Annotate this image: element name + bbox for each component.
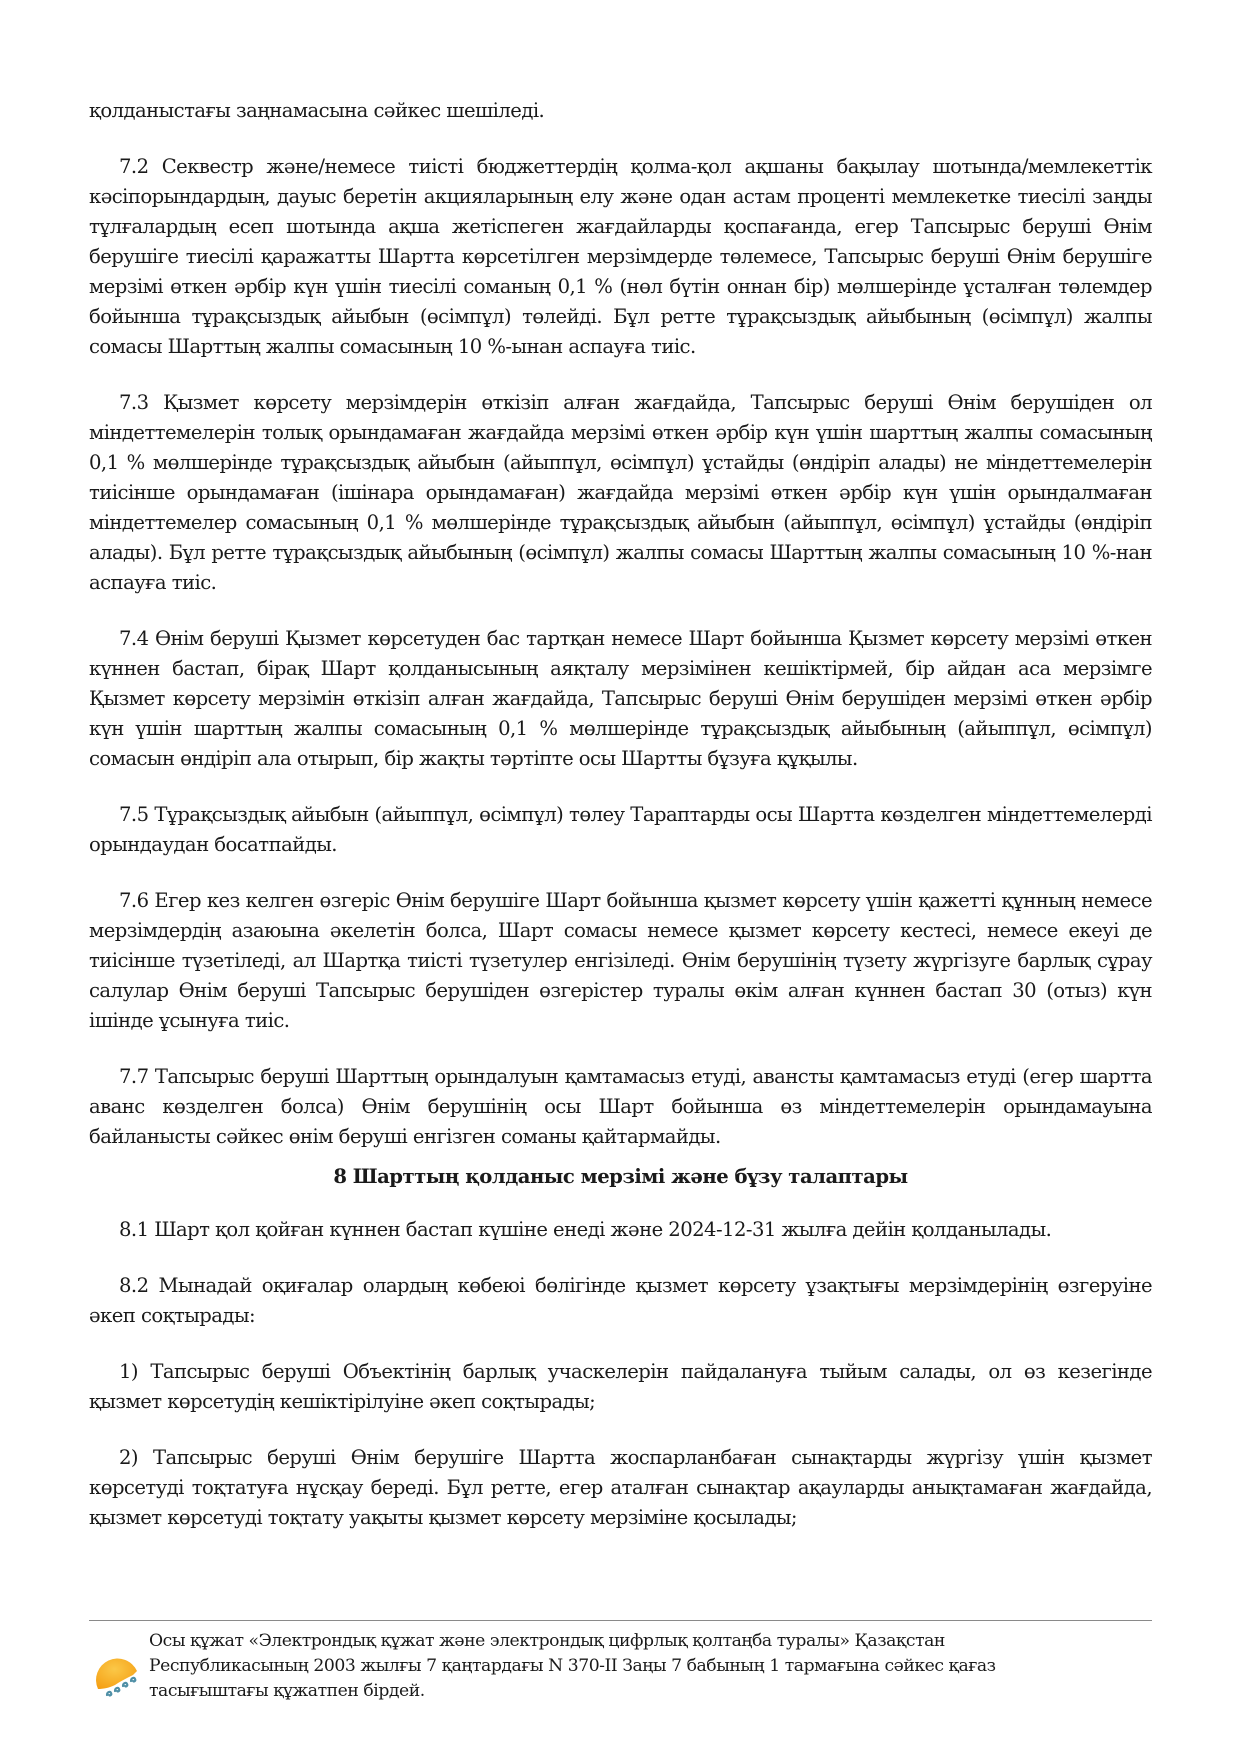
footer-legal-notice: Осы құжат «Электрондық құжат және электр… [149, 1629, 1049, 1704]
paragraph-continuation: қолданыстағы заңнамасына сәйкес шешіледі… [89, 96, 1152, 126]
paragraph-7-5: 7.5 Тұрақсыздық айыбын (айыппұл, өсімпұл… [89, 800, 1152, 860]
paragraph-8-2-item-2: 2) Тапсырыс беруші Өнім берушіге Шартта … [89, 1443, 1152, 1533]
paragraph-8-1: 8.1 Шарт қол қойған күннен бастап күшіне… [89, 1215, 1152, 1245]
paragraph-7-7: 7.7 Тапсырыс беруші Шарттың орындалуын қ… [89, 1062, 1152, 1152]
paragraph-8-2-item-1: 1) Тапсырыс беруші Объектінің барлық уча… [89, 1357, 1152, 1417]
paragraph-7-4: 7.4 Өнім беруші Қызмет көрсетуден бас та… [89, 624, 1152, 774]
footer-body: Осы құжат «Электрондық құжат және электр… [89, 1629, 1152, 1709]
page-footer: Осы құжат «Электрондық құжат және электр… [89, 1620, 1152, 1709]
e-gov-sun-logo-icon [93, 1651, 141, 1699]
paragraph-7-6: 7.6 Егер кез келген өзгеріс Өнім берушіг… [89, 886, 1152, 1036]
document-page: қолданыстағы заңнамасына сәйкес шешіледі… [89, 96, 1152, 1533]
paragraph-8-2: 8.2 Мынадай оқиғалар олардың көбеюі бөлі… [89, 1271, 1152, 1331]
section-heading-8: 8 Шарттың қолданыс мерзімі және бұзу тал… [89, 1162, 1152, 1192]
footer-divider [89, 1620, 1152, 1621]
paragraph-7-3: 7.3 Қызмет көрсету мерзімдерін өткізіп а… [89, 388, 1152, 598]
paragraph-7-2: 7.2 Секвестр және/немесе тиісті бюджетте… [89, 152, 1152, 362]
